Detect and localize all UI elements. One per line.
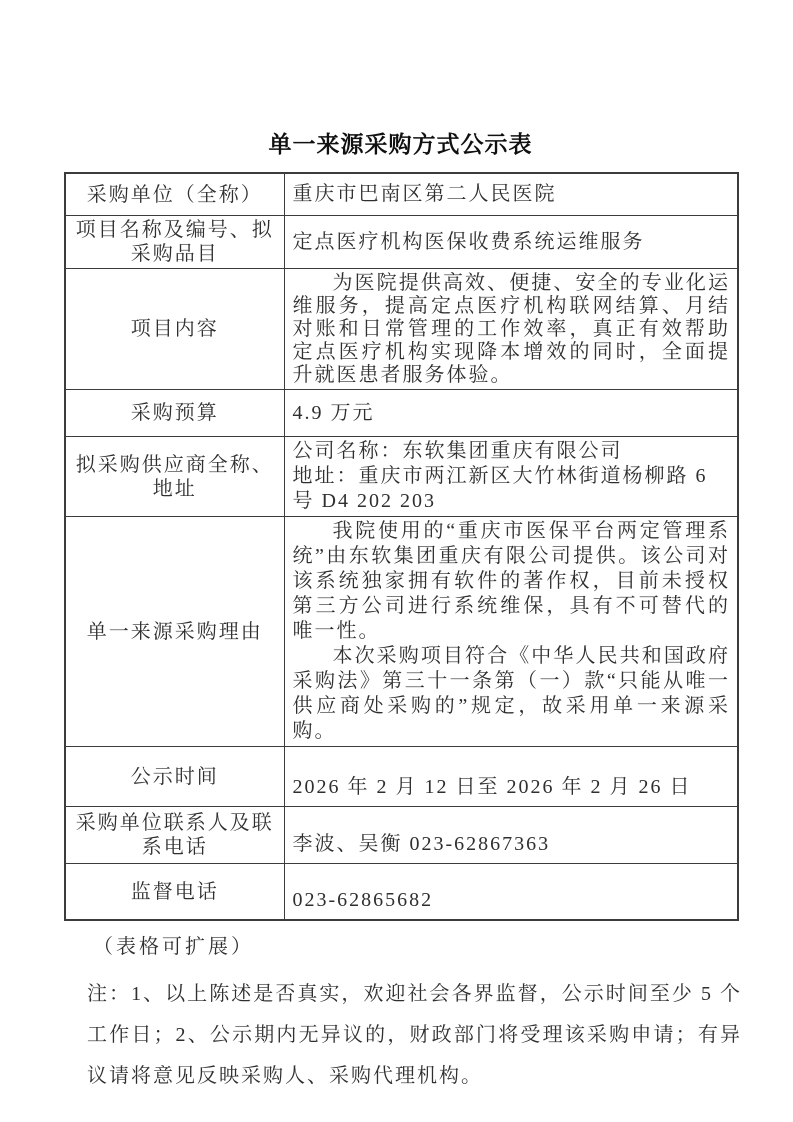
row-value-cell: 公司名称：东软集团重庆有限公司地址：重庆市两江新区大竹林街道杨柳路 6 号 D4… (284, 437, 738, 517)
table-row: 公示时间2026 年 2 月 12 日至 2026 年 2 月 26 日 (65, 747, 738, 807)
document-content: 单一来源采购方式公示表 采购单位（全称）重庆市巴南区第二人民医院项目名称及编号、… (64, 0, 737, 1097)
row-value-cell: 为医院提供高效、便捷、安全的专业化运维服务，提高定点医疗机构联网结算、月结对账和… (284, 269, 738, 390)
table-body: 采购单位（全称）重庆市巴南区第二人民医院项目名称及编号、拟采购品目定点医疗机构医… (65, 173, 738, 920)
table-row: 采购单位（全称）重庆市巴南区第二人民医院 (65, 173, 738, 216)
row-value-cell: 4.9 万元 (284, 390, 738, 437)
value-text: 定点医疗机构医保收费系统运维服务 (293, 231, 645, 253)
value-text: 4.9 万元 (293, 402, 375, 424)
row-label-cell: 项目内容 (65, 269, 284, 390)
row-label-cell: 采购单位联系人及联系电话 (65, 807, 284, 864)
value-text: 李波、吴衡 023-62867363 (293, 833, 551, 855)
table-row: 采购预算4.9 万元 (65, 390, 738, 437)
row-value-cell: 重庆市巴南区第二人民医院 (284, 173, 738, 216)
row-label-cell: 公示时间 (65, 747, 284, 807)
table-row: 监督电话023-62865682 (65, 864, 738, 921)
expand-note: （表格可扩展） (93, 930, 737, 959)
value-line: 公司名称：东软集团重庆有限公司 (293, 439, 731, 464)
value-paragraph: 为医院提供高效、便捷、安全的专业化运维服务，提高定点医疗机构联网结算、月结对账和… (293, 272, 731, 387)
notes-paragraph: 注：1、以上陈述是否真实，欢迎社会各界监督，公示时间至少 5 个工作日；2、公示… (87, 974, 742, 1097)
row-value-cell: 023-62865682 (284, 864, 738, 921)
value-text: 023-62865682 (293, 889, 434, 911)
page: 单一来源采购方式公示表 采购单位（全称）重庆市巴南区第二人民医院项目名称及编号、… (0, 0, 793, 1122)
row-label-cell: 监督电话 (65, 864, 284, 921)
row-label-cell: 单一来源采购理由 (65, 517, 284, 747)
row-value-cell: 李波、吴衡 023-62867363 (284, 807, 738, 864)
document-title: 单一来源采购方式公示表 (64, 126, 737, 159)
row-label-cell: 拟采购供应商全称、地址 (65, 437, 284, 517)
procurement-table: 采购单位（全称）重庆市巴南区第二人民医院项目名称及编号、拟采购品目定点医疗机构医… (64, 172, 739, 921)
row-value-cell: 2026 年 2 月 12 日至 2026 年 2 月 26 日 (284, 747, 738, 807)
row-label-cell: 采购单位（全称） (65, 173, 284, 216)
value-line: 地址：重庆市两江新区大竹林街道杨柳路 6 号 D4 202 203 (293, 464, 731, 514)
table-row: 项目名称及编号、拟采购品目定点医疗机构医保收费系统运维服务 (65, 216, 738, 269)
row-label-cell: 项目名称及编号、拟采购品目 (65, 216, 284, 269)
table-row: 项目内容为医院提供高效、便捷、安全的专业化运维服务，提高定点医疗机构联网结算、月… (65, 269, 738, 390)
value-paragraph: 本次采购项目符合《中华人民共和国政府采购法》第三十一条第（一）款“只能从唯一供应… (293, 644, 731, 744)
value-text: 2026 年 2 月 12 日至 2026 年 2 月 26 日 (293, 776, 692, 798)
row-value-cell: 定点医疗机构医保收费系统运维服务 (284, 216, 738, 269)
table-row: 采购单位联系人及联系电话李波、吴衡 023-62867363 (65, 807, 738, 864)
row-value-cell: 我院使用的“重庆市医保平台两定管理系统”由东软集团重庆有限公司提供。该公司对该系… (284, 517, 738, 747)
value-text: 重庆市巴南区第二人民医院 (293, 183, 557, 205)
row-label-cell: 采购预算 (65, 390, 284, 437)
table-row: 拟采购供应商全称、地址公司名称：东软集团重庆有限公司地址：重庆市两江新区大竹林街… (65, 437, 738, 517)
value-paragraph: 我院使用的“重庆市医保平台两定管理系统”由东软集团重庆有限公司提供。该公司对该系… (293, 519, 731, 644)
table-row: 单一来源采购理由我院使用的“重庆市医保平台两定管理系统”由东软集团重庆有限公司提… (65, 517, 738, 747)
